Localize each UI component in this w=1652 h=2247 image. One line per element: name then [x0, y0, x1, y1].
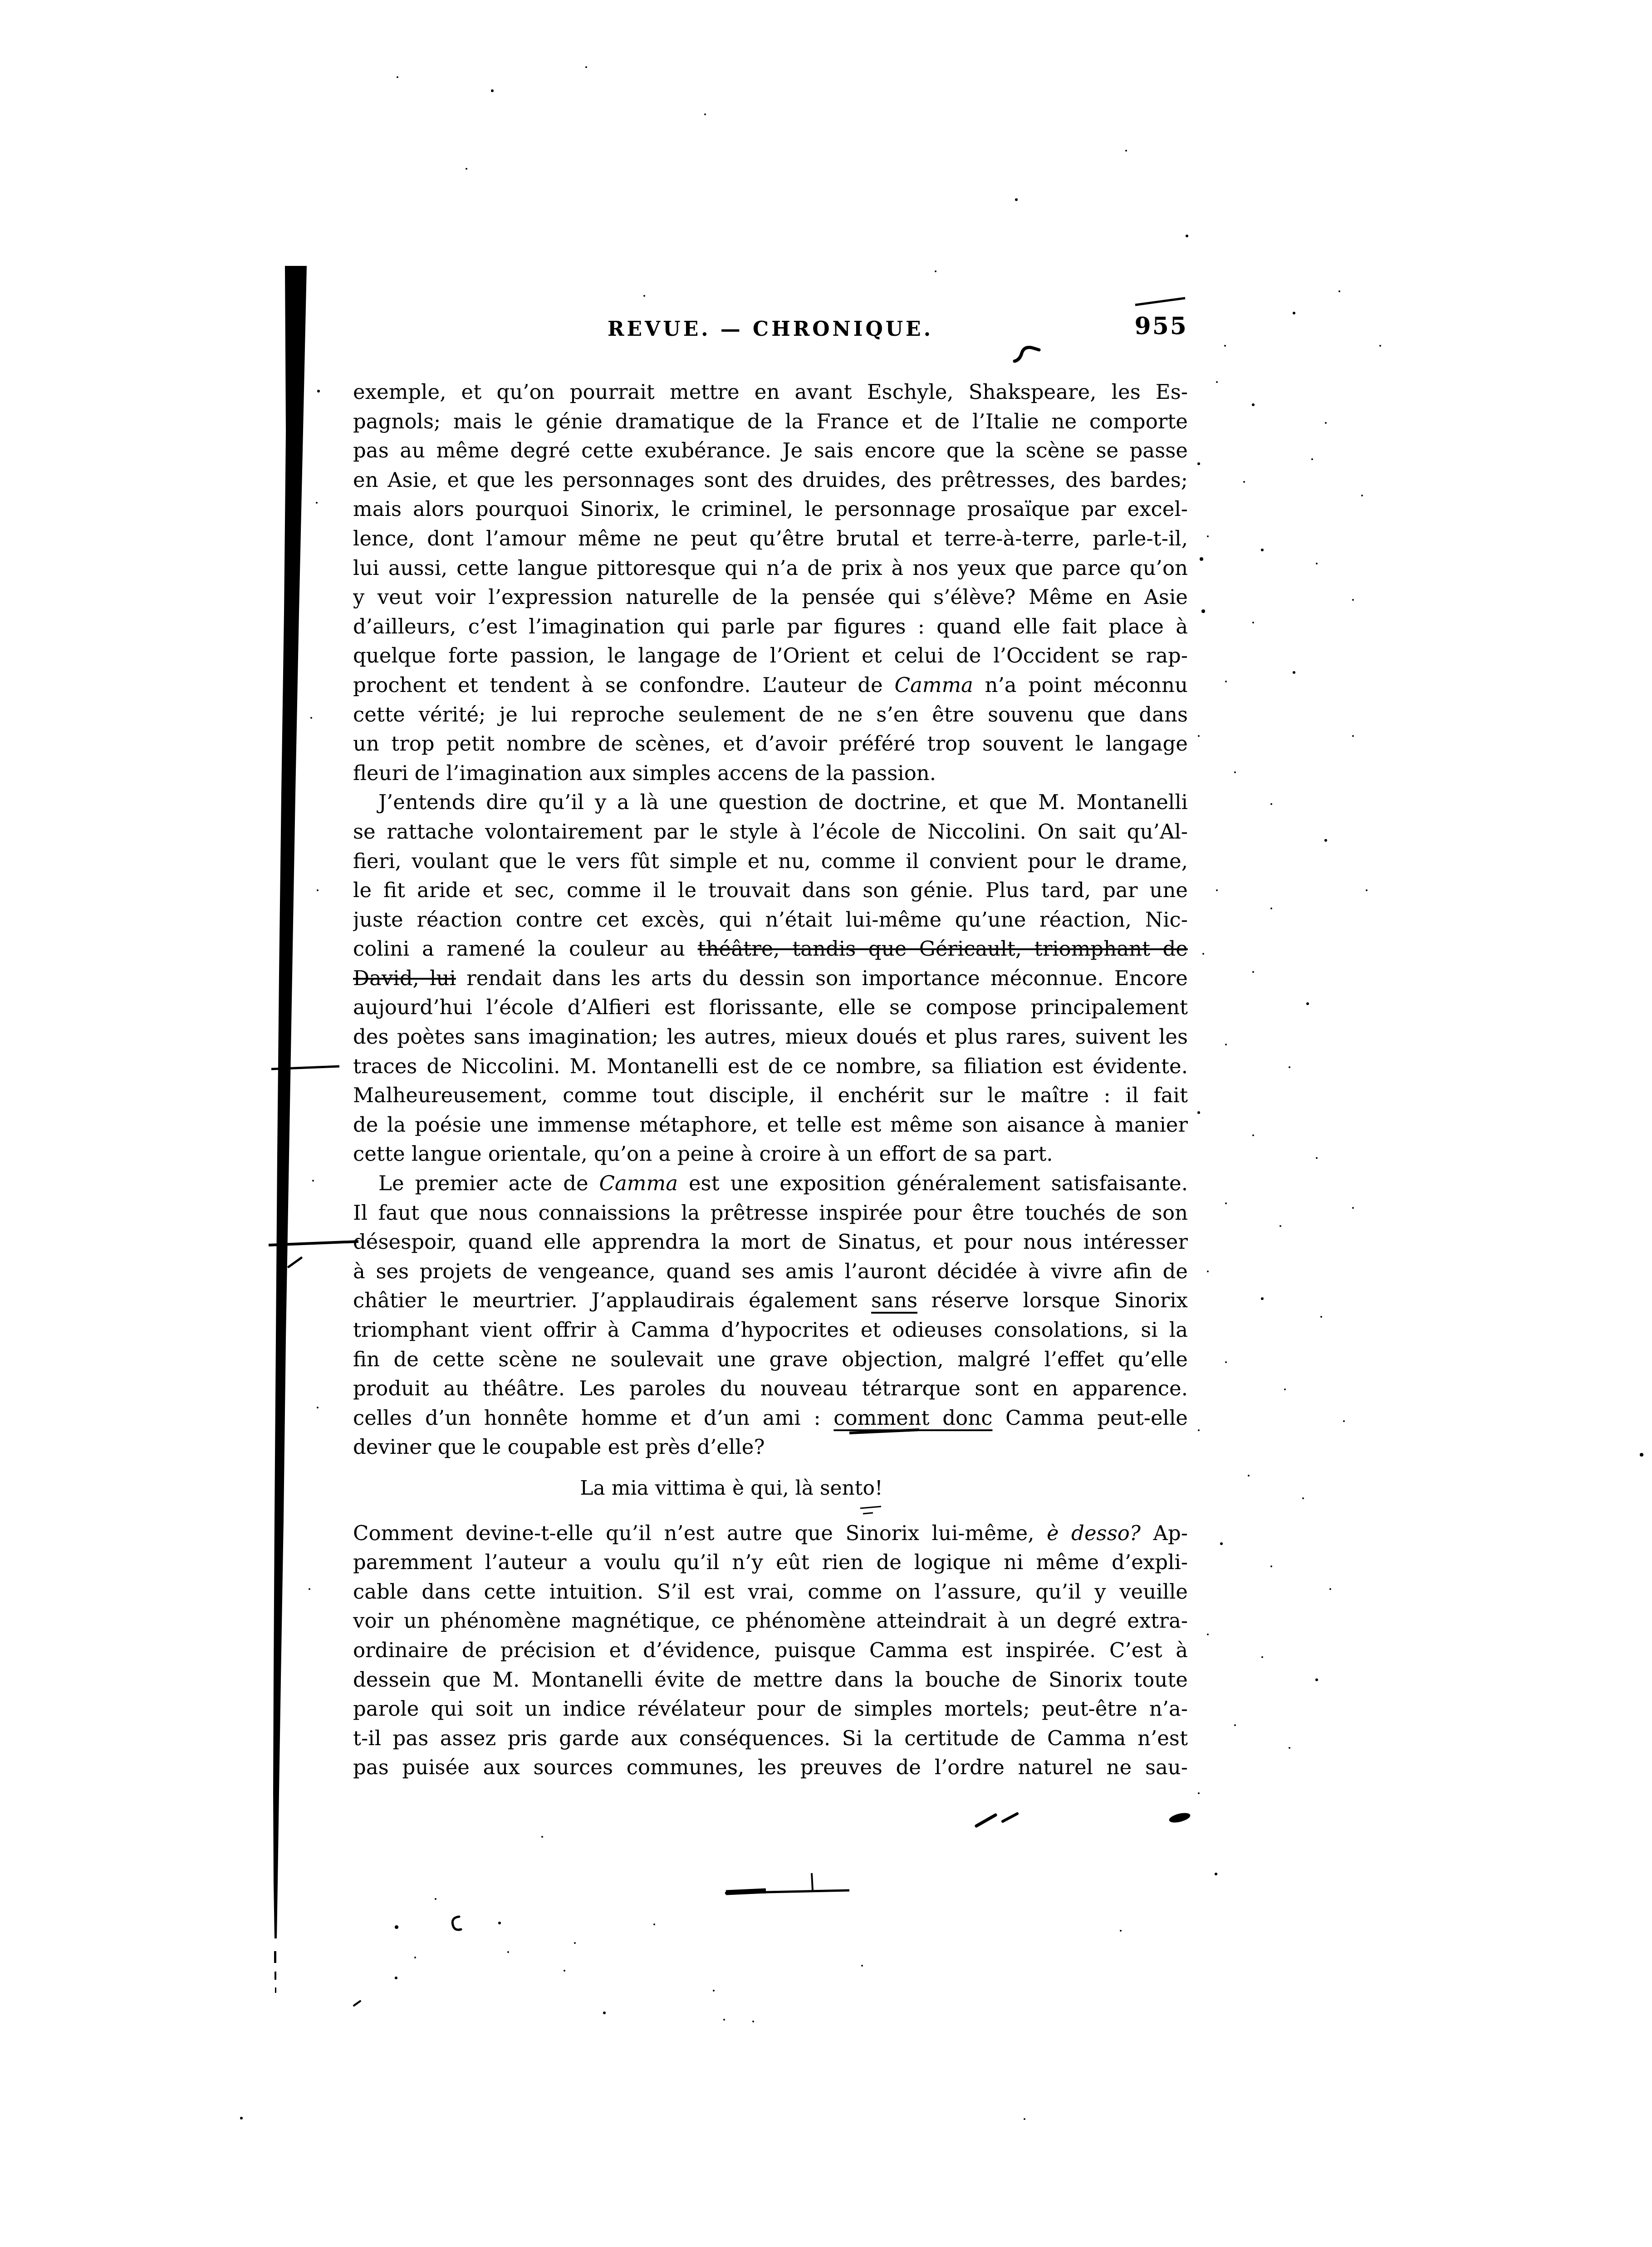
- text-segment: en Asie, et que les personnages sont des…: [353, 468, 1188, 492]
- text-line: châtier le meurtrier. J’applaudirais éga…: [353, 1286, 1188, 1315]
- text-segment: produit au théâtre. Les paroles du nouve…: [353, 1376, 1188, 1400]
- text-line: lui aussi, cette langue pittoresque qui …: [353, 554, 1188, 583]
- margin-dash: [269, 1241, 358, 1245]
- text-line: lence, dont l’amour même ne peut qu’être…: [353, 524, 1188, 554]
- text-segment: triomphant vient offrir à Camma d’hypocr…: [353, 1318, 1188, 1342]
- text-segment: fleuri de l’imagination aux simples acce…: [353, 761, 936, 785]
- text-line: juste réaction contre cet excès, qui n’é…: [353, 905, 1188, 935]
- text-segment: voir un phénomène magnétique, ce phénomè…: [353, 1609, 1188, 1633]
- pen-tick: [1003, 1814, 1017, 1821]
- text-segment: fin de cette scène ne soulevait une grav…: [353, 1347, 1188, 1371]
- text-segment-i: Camma: [599, 1171, 678, 1195]
- text-line: paremment l’auteur a voulu qu’il n’y eût…: [353, 1548, 1188, 1577]
- text-segment-s: théâtre, tandis que Géricault, triomphan…: [698, 937, 1188, 961]
- binding-shadow-dash: [275, 1972, 276, 1980]
- text-segment: exemple, et qu’on pourrait mettre en ava…: [353, 380, 1188, 404]
- text-line: colini a ramené la couleur au théâtre, t…: [353, 934, 1188, 964]
- text-segment: des poètes sans imagination; les autres,…: [353, 1025, 1188, 1049]
- text-line: à ses projets de vengeance, quand ses am…: [353, 1257, 1188, 1286]
- text-segment: à ses projets de vengeance, quand ses am…: [353, 1259, 1188, 1283]
- scanned-page: REVUE. — CHRONIQUE. 955 exemple, et qu’o…: [0, 0, 1652, 2247]
- text-segment: un trop petit nombre de scènes, et d’avo…: [353, 731, 1188, 756]
- text-line: traces de Niccolini. M. Montanelli est d…: [353, 1052, 1188, 1081]
- text-line: voir un phénomène magnétique, ce phénomè…: [353, 1606, 1188, 1636]
- text-segment: parole qui soit un indice révélateur pou…: [353, 1697, 1188, 1721]
- text-segment: cette langue orientale, qu’on a peine à …: [353, 1142, 1053, 1166]
- text-segment: y veut voir l’expression naturelle de la…: [353, 585, 1188, 609]
- text-segment-i: Camma: [894, 673, 973, 697]
- text-line: d’ailleurs, c’est l’imagination qui parl…: [353, 612, 1188, 642]
- text-block: exemple, et qu’on pourrait mettre en ava…: [353, 378, 1188, 1782]
- bottom-rule-mark: [725, 1890, 849, 1893]
- text-segment: t-il pas assez pris garde aux conséquenc…: [353, 1726, 1188, 1750]
- text-segment: mais alors pourquoi Sinorix, le criminel…: [353, 497, 1188, 521]
- text-segment: rendait dans les arts du dessin son impo…: [456, 966, 1188, 990]
- text-line: pagnols; mais le génie dramatique de la …: [353, 407, 1188, 437]
- pen-tick: [976, 1815, 995, 1826]
- text-line: cette langue orientale, qu’on a peine à …: [353, 1139, 1188, 1169]
- text-segment: quelque forte passion, le langage de l’O…: [353, 643, 1188, 667]
- text-segment: Il faut que nous connaissions la prêtres…: [353, 1201, 1188, 1225]
- text-segment: J’entends dire qu’il y a là une question…: [378, 790, 1188, 814]
- text-line: deviner que le coupable est près d’elle?: [353, 1433, 1188, 1462]
- text-segment: cette vérité; je lui reproche seulement …: [353, 702, 1188, 726]
- text-line: parole qui soit un indice révélateur pou…: [353, 1694, 1188, 1724]
- text-line: David, lui rendait dans les arts du dess…: [353, 964, 1188, 993]
- page-header: REVUE. — CHRONIQUE.: [353, 318, 1188, 341]
- text-line: fleuri de l’imagination aux simples acce…: [353, 759, 1188, 788]
- running-title: REVUE. — CHRONIQUE.: [608, 318, 933, 341]
- text-segment: n’a point méconnu: [973, 673, 1188, 697]
- text-segment: lui aussi, cette langue pittoresque qui …: [353, 556, 1188, 580]
- text-line: J’entends dire qu’il y a là une question…: [353, 788, 1188, 817]
- text-line: dessein que M. Montanelli évite de mettr…: [353, 1665, 1188, 1695]
- text-segment: d’ailleurs, c’est l’imagination qui parl…: [353, 614, 1188, 638]
- text-segment: de la poésie une immense métaphore, et t…: [353, 1113, 1188, 1137]
- binding-shadow-dash: [274, 1951, 276, 1963]
- text-line: exemple, et qu’on pourrait mettre en ava…: [353, 378, 1188, 407]
- binding-shadow: [273, 266, 307, 1938]
- text-segment: le fit aride et sec, comme il le trouvai…: [353, 878, 1188, 902]
- text-line: pas puisée aux sources communes, les pre…: [353, 1753, 1188, 1782]
- text-segment: se rattache volontairement par le style …: [353, 819, 1188, 844]
- text-segment: pas puisée aux sources communes, les pre…: [353, 1755, 1188, 1779]
- text-segment: Ap-: [1141, 1521, 1188, 1545]
- text-segment: pagnols; mais le génie dramatique de la …: [353, 409, 1188, 433]
- text-line: prochent et tendent à se confondre. L’au…: [353, 671, 1188, 700]
- text-segment: juste réaction contre cet excès, qui n’é…: [353, 908, 1188, 932]
- text-segment: cable dans cette intuition. S’il est vra…: [353, 1580, 1188, 1604]
- text-line: cable dans cette intuition. S’il est vra…: [353, 1577, 1188, 1607]
- text-line: de la poésie une immense métaphore, et t…: [353, 1110, 1188, 1140]
- text-line: des poètes sans imagination; les autres,…: [353, 1022, 1188, 1052]
- header-squiggle-mark: [1015, 348, 1039, 362]
- bottom-rule-mark: [726, 1891, 766, 1893]
- text-segment: réserve lorsque Sinorix: [917, 1288, 1188, 1312]
- text-segment-s: David, lui: [353, 966, 456, 990]
- text-segment: ordinaire de précision et d’évidence, pu…: [353, 1638, 1188, 1662]
- text-segment-u: sans: [871, 1288, 917, 1312]
- text-line: produit au théâtre. Les paroles du nouve…: [353, 1374, 1188, 1403]
- text-segment: deviner que le coupable est près d’elle?: [353, 1435, 765, 1459]
- margin-tick: [289, 1258, 301, 1267]
- text-line: en Asie, et que les personnages sont des…: [353, 466, 1188, 495]
- text-line: cette vérité; je lui reproche seulement …: [353, 700, 1188, 730]
- text-segment: Malheureusement, comme tout disciple, il…: [353, 1083, 1188, 1107]
- text-segment: colini a ramené la couleur au: [353, 937, 698, 961]
- text-line: ordinaire de précision et d’évidence, pu…: [353, 1636, 1188, 1665]
- text-segment: châtier le meurtrier. J’applaudirais éga…: [353, 1288, 871, 1312]
- text-line: fin de cette scène ne soulevait une grav…: [353, 1345, 1188, 1374]
- verse-quote: La mia vittima è qui, là sento!: [314, 1474, 1149, 1503]
- text-line: triomphant vient offrir à Camma d’hypocr…: [353, 1315, 1188, 1345]
- text-line: Malheureusement, comme tout disciple, il…: [353, 1081, 1188, 1110]
- text-line: le fit aride et sec, comme il le trouvai…: [353, 876, 1188, 905]
- page-number: 955: [1088, 312, 1188, 340]
- text-segment-u: comment donc: [833, 1406, 992, 1430]
- text-segment: dessein que M. Montanelli évite de mettr…: [353, 1668, 1188, 1692]
- text-line: fieri, voulant que le vers fût simple et…: [353, 847, 1188, 876]
- text-line: celles d’un honnête homme et d’un ami : …: [353, 1403, 1188, 1433]
- ink-curl: [452, 1917, 461, 1930]
- bottom-rule-mark: [812, 1873, 813, 1890]
- text-segment: paremment l’auteur a voulu qu’il n’y eût…: [353, 1550, 1188, 1574]
- text-line: un trop petit nombre de scènes, et d’avo…: [353, 729, 1188, 759]
- text-line: aujourd’hui l’école d’Alfieri est floris…: [353, 993, 1188, 1022]
- binding-shadow-dash: [275, 1987, 276, 1993]
- text-segment: prochent et tendent à se confondre. L’au…: [353, 673, 894, 697]
- text-segment-i: è desso?: [1047, 1521, 1141, 1545]
- text-line: se rattache volontairement par le style …: [353, 817, 1188, 847]
- page-number-overbar: [1135, 298, 1185, 305]
- text-segment: Le premier acte de: [378, 1171, 599, 1195]
- text-line: mais alors pourquoi Sinorix, le criminel…: [353, 495, 1188, 524]
- margin-dash: [271, 1066, 339, 1069]
- text-line: quelque forte passion, le langage de l’O…: [353, 641, 1188, 671]
- text-segment: pas au même degré cette exubérance. Je s…: [353, 438, 1188, 462]
- text-segment: lence, dont l’amour même ne peut qu’être…: [353, 526, 1188, 550]
- text-segment: traces de Niccolini. M. Montanelli est d…: [353, 1054, 1188, 1078]
- text-line: t-il pas assez pris garde aux conséquenc…: [353, 1724, 1188, 1753]
- text-line: désespoir, quand elle apprendra la mort …: [353, 1227, 1188, 1257]
- text-segment: désespoir, quand elle apprendra la mort …: [353, 1230, 1188, 1254]
- text-segment: aujourd’hui l’école d’Alfieri est floris…: [353, 995, 1188, 1019]
- text-segment: fieri, voulant que le vers fût simple et…: [353, 849, 1188, 873]
- text-segment: Comment devine-t-elle qu’il n’est autre …: [353, 1521, 1047, 1545]
- text-line: y veut voir l’expression naturelle de la…: [353, 583, 1188, 612]
- text-line: Le premier acte de Camma est une exposit…: [353, 1169, 1188, 1198]
- text-line: pas au même degré cette exubérance. Je s…: [353, 436, 1188, 466]
- text-line: Il faut que nous connaissions la prêtres…: [353, 1198, 1188, 1228]
- ink-blob: [1168, 1811, 1191, 1824]
- margin-tick: [354, 2001, 360, 2006]
- text-segment: celles d’un honnête homme et d’un ami :: [353, 1406, 833, 1430]
- text-segment: est une exposition généralement satisfai…: [678, 1171, 1188, 1195]
- text-line: Comment devine-t-elle qu’il n’est autre …: [353, 1519, 1188, 1548]
- text-segment: Camma peut-elle: [992, 1406, 1188, 1430]
